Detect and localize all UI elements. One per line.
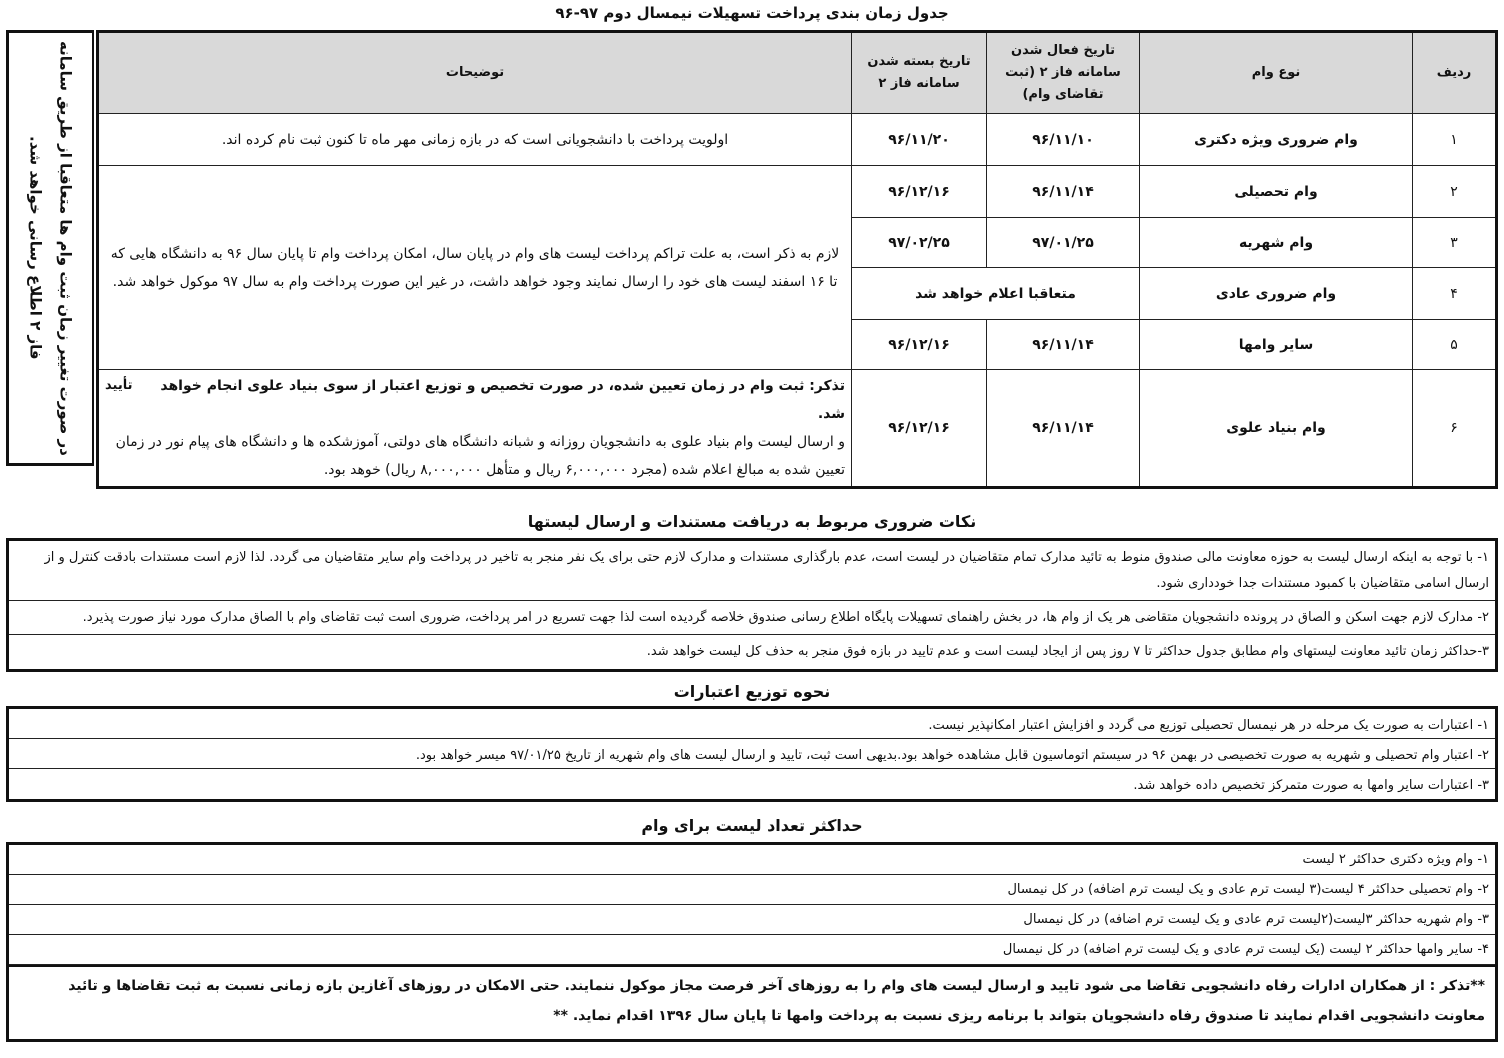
list-item: ۱- وام ویژه دکتری حداکثر ۲ لیست	[9, 845, 1495, 875]
documents-section-title: نکات ضروری مربوط به دریافت مستندات و ارس…	[0, 512, 1504, 531]
row-index: ۲	[1413, 166, 1497, 218]
schedule-section: در صورت تغییر زمان ثبت وام ها متعاقبا از…	[6, 30, 1498, 470]
row-loan-type: وام ضروری عادی	[1140, 268, 1413, 320]
header-index: ردیف	[1413, 32, 1497, 114]
list-item: ۳- اعتبارات سایر وامها به صورت متمرکز تخ…	[9, 769, 1495, 799]
row-open-date: ۹۶/۱۱/۱۴	[987, 370, 1140, 488]
header-loan-type: نوع وام	[1140, 32, 1413, 114]
list-item: ۲- مدارک لازم جهت اسکن و الصاق در پرونده…	[9, 601, 1495, 635]
row-open-date: ۹۷/۰۱/۲۵	[987, 218, 1140, 268]
list-item: ۳- وام شهریه حداکثر ۳لیست(۲لیست ترم عادی…	[9, 905, 1495, 935]
row-close-date: ۹۶/۱۲/۱۶	[852, 370, 987, 488]
row-close-date: ۹۷/۰۲/۲۵	[852, 218, 987, 268]
row-loan-type: وام شهریه	[1140, 218, 1413, 268]
row-loan-type: وام ضروری ویژه دکتری	[1140, 114, 1413, 166]
row-index: ۵	[1413, 320, 1497, 370]
list-item: ۳-حداکثر زمان تائید معاونت لیستهای وام م…	[9, 635, 1495, 669]
credits-section-title: نحوه توزیع اعتبارات	[0, 682, 1504, 701]
list-item: ۱- اعتبارات به صورت یک مرحله در هر نیمسا…	[9, 709, 1495, 739]
shared-description: لازم به ذکر است، به علت تراکم پرداخت لیس…	[98, 166, 852, 370]
description-text: و ارسال لیست وام بنیاد علوی به دانشجویان…	[105, 428, 845, 484]
credits-list: ۱- اعتبارات به صورت یک مرحله در هر نیمسا…	[6, 706, 1498, 802]
row-loan-type: وام تحصیلی	[1140, 166, 1413, 218]
row-close-date: ۹۶/۱۲/۱۶	[852, 166, 987, 218]
row-open-date: ۹۶/۱۱/۱۴	[987, 320, 1140, 370]
list-item: ۲- اعتبار وام تحصیلی و شهریه به صورت تخص…	[9, 739, 1495, 769]
row-description: اولویت پرداخت با دانشجویانی است که در با…	[98, 114, 852, 166]
schedule-table: ردیف نوع وام تاریخ فعال شدن سامانه فاز ۲…	[96, 30, 1498, 489]
row-index: ۱	[1413, 114, 1497, 166]
final-reminder-note: **تذکر : از همکاران ادارات رفاه دانشجویی…	[9, 965, 1495, 1039]
max-lists-section-title: حداکثر تعداد لیست برای وام	[0, 816, 1504, 835]
table-row: ۶ وام بنیاد علوی ۹۶/۱۱/۱۴ ۹۶/۱۲/۱۶ تأیید…	[98, 370, 1497, 488]
table-row: ۲ وام تحصیلی ۹۶/۱۱/۱۴ ۹۶/۱۲/۱۶ لازم به ذ…	[98, 166, 1497, 218]
row-index: ۶	[1413, 370, 1497, 488]
table-header-row: ردیف نوع وام تاریخ فعال شدن سامانه فاز ۲…	[98, 32, 1497, 114]
row-loan-type: سایر وامها	[1140, 320, 1413, 370]
list-item: ۲- وام تحصیلی حداکثر ۴ لیست(۳ لیست ترم ع…	[9, 875, 1495, 905]
row-index: ۴	[1413, 268, 1497, 320]
row-index: ۳	[1413, 218, 1497, 268]
confirm-word: تأیید	[105, 372, 132, 400]
row-loan-type: وام بنیاد علوی	[1140, 370, 1413, 488]
table-row: ۱ وام ضروری ویژه دکتری ۹۶/۱۱/۱۰ ۹۶/۱۱/۲۰…	[98, 114, 1497, 166]
row-merged-dates: متعاقبا اعلام خواهد شد	[852, 268, 1140, 320]
row-open-date: ۹۶/۱۱/۱۴	[987, 166, 1140, 218]
side-note-box: در صورت تغییر زمان ثبت وام ها متعاقبا از…	[6, 30, 94, 466]
row-close-date: ۹۶/۱۱/۲۰	[852, 114, 987, 166]
row-description: تأیید تذکر: ثبت وام در زمان تعیین شده، د…	[98, 370, 852, 488]
row-open-date: ۹۶/۱۱/۱۰	[987, 114, 1140, 166]
side-note-text: در صورت تغییر زمان ثبت وام ها متعاقبا از…	[21, 33, 81, 463]
header-description: توضیحات	[98, 32, 852, 114]
header-open-date: تاریخ فعال شدن سامانه فاز ۲ (ثبت تقاضای …	[987, 32, 1140, 114]
list-item: ۴- سایر وامها حداکثر ۲ لیست (یک لیست ترم…	[9, 935, 1495, 965]
row-close-date: ۹۶/۱۲/۱۶	[852, 320, 987, 370]
list-item: ۱- با توجه به اینکه ارسال لیست به حوزه م…	[9, 541, 1495, 601]
max-lists-list: ۱- وام ویژه دکتری حداکثر ۲ لیست ۲- وام ت…	[6, 842, 1498, 1042]
document-title: جدول زمان بندی پرداخت تسهیلات نیمسال دوم…	[0, 4, 1504, 22]
documents-list: ۱- با توجه به اینکه ارسال لیست به حوزه م…	[6, 538, 1498, 672]
header-close-date: تاریخ بسته شدن سامانه فاز ۲	[852, 32, 987, 114]
reminder-line: تذکر: ثبت وام در زمان تعیین شده، در صورت…	[105, 372, 845, 428]
